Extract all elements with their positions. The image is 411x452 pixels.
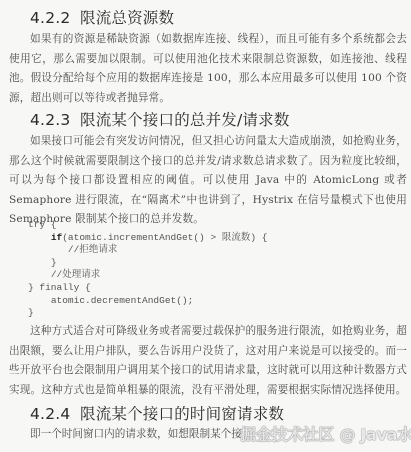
section-number: 4.2.4 <box>30 405 80 423</box>
code-line: } finally { <box>28 282 91 293</box>
section-title: 限流某个接口的总并发/请求数 <box>80 111 290 129</box>
paragraph: 即一个时间窗口内的请求数，如想限制某个接 <box>30 426 242 441</box>
section-heading-4-2-3: 4.2.3限流某个接口的总并发/请求数 <box>30 108 290 130</box>
code-line: (atomic.incrementAndGet() > 限流数) { <box>62 232 267 243</box>
book-page: 4.2.2限流总资源数 如果有的资源是稀缺资源（如数据库连接、线程），而且可能有… <box>0 0 411 452</box>
code-line: try { <box>28 219 57 230</box>
code-line: atomic.decrementAndGet(); <box>51 295 194 306</box>
watermark: 掘金技术社区 @ Java水熊 <box>240 422 411 445</box>
section-title: 限流某个接口的时间窗请求数 <box>80 405 284 423</box>
code-line: } <box>28 307 34 318</box>
code-line: } <box>51 257 57 268</box>
section-number: 4.2.2 <box>30 9 80 27</box>
section-heading-4-2-2: 4.2.2限流总资源数 <box>30 6 174 28</box>
code-block: try { if(atomic.incrementAndGet() > 限流数)… <box>28 219 267 320</box>
code-keyword: if <box>51 232 62 243</box>
section-heading-4-2-4: 4.2.4限流某个接口的时间窗请求数 <box>30 402 284 424</box>
code-comment: //拒绝请求 <box>68 244 117 255</box>
section-title: 限流总资源数 <box>80 9 174 27</box>
section-number: 4.2.3 <box>30 111 80 129</box>
code-comment: //处理请求 <box>51 269 100 280</box>
paragraph: 如果接口可能会有突发访问情况，但又担心访问量太大造成崩溃，如抢购业务，那么这个时… <box>9 132 407 230</box>
paragraph: 这种方式适合对可降级业务或者需要过载保护的服务进行限流，如抢购业务，超出限额，要… <box>9 322 407 400</box>
paragraph: 如果有的资源是稀缺资源（如数据库连接、线程），而且可能有多个系统都会去使用它，那… <box>9 30 407 108</box>
